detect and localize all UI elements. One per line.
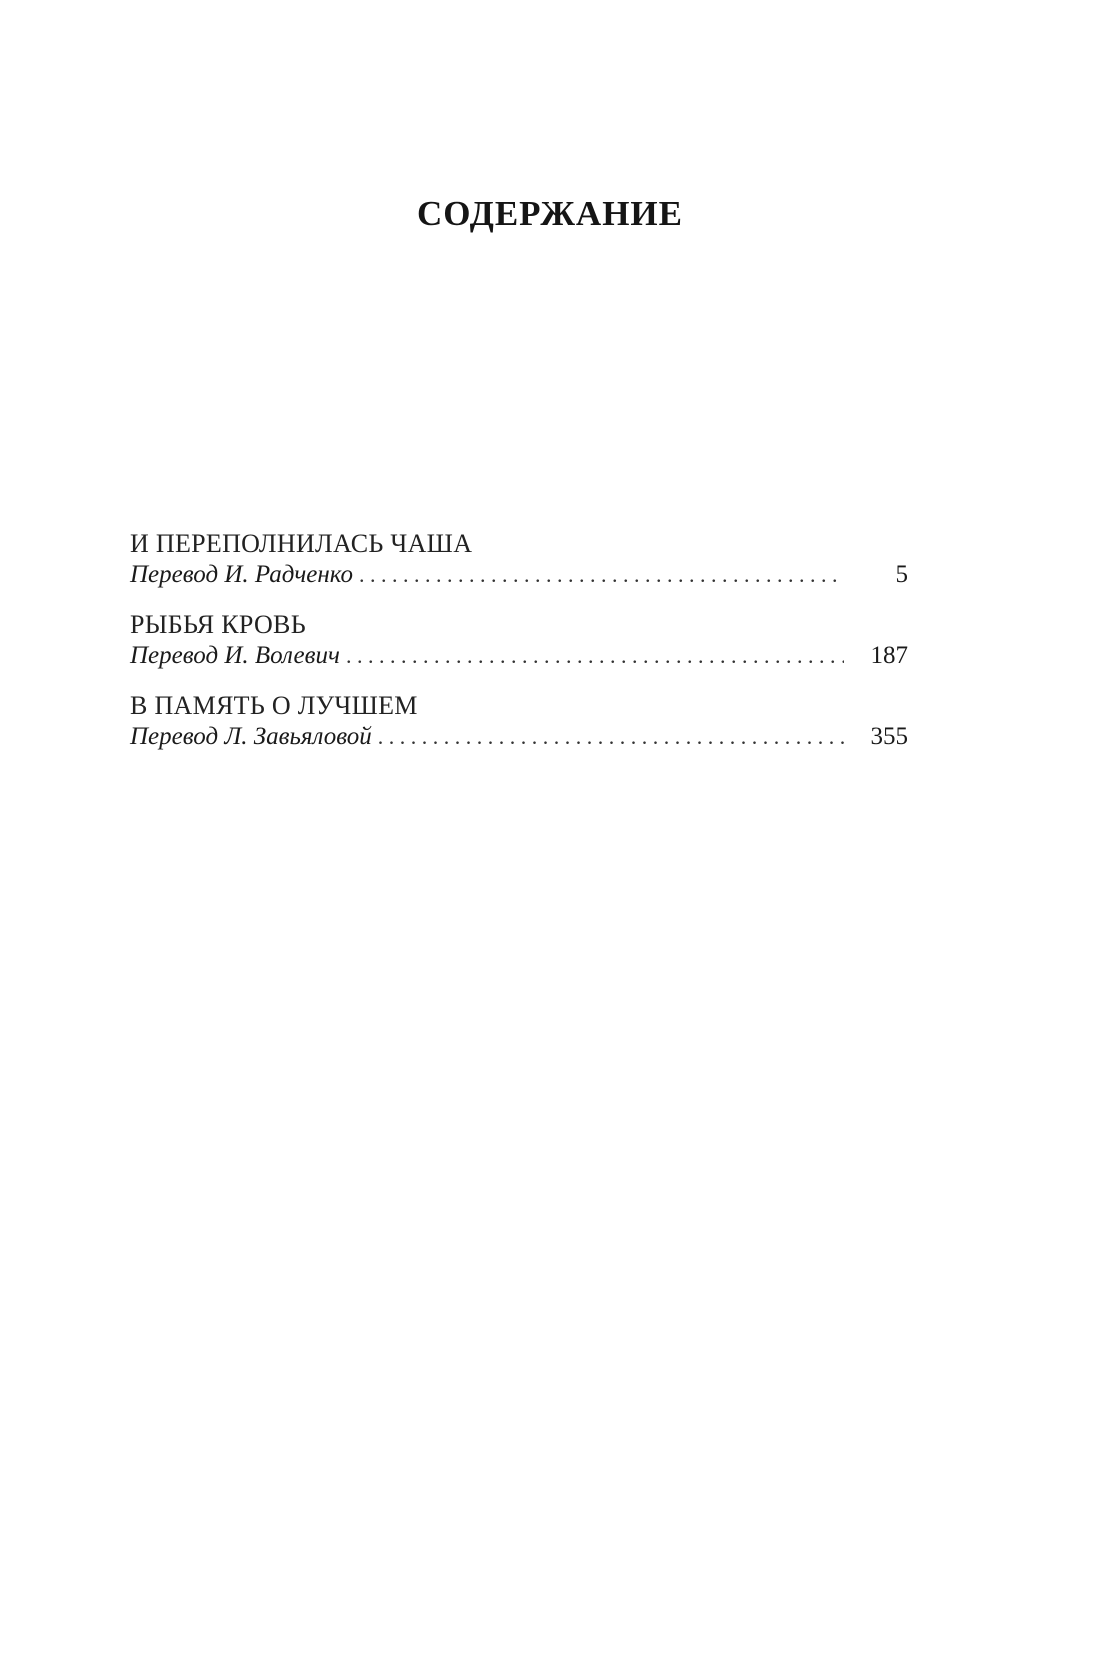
toc-entry[interactable]: В ПАМЯТЬ О ЛУЧШЕМ Перевод Л. Завьяловой … [130, 690, 908, 752]
entry-line: Перевод И. Радченко 5 [130, 559, 908, 590]
entry-page-number: 187 [862, 640, 908, 671]
entry-translator: Перевод И. Радченко [130, 559, 359, 590]
toc-entry[interactable]: И ПЕРЕПОЛНИЛАСЬ ЧАША Перевод И. Радченко… [130, 528, 908, 590]
page-title: СОДЕРЖАНИЕ [0, 196, 1100, 231]
entry-title: В ПАМЯТЬ О ЛУЧШЕМ [130, 690, 908, 721]
entry-title: РЫБЬЯ КРОВЬ [130, 609, 908, 640]
entry-title: И ПЕРЕПОЛНИЛАСЬ ЧАША [130, 528, 908, 559]
entry-page-number: 355 [862, 721, 908, 752]
entry-translator: Перевод Л. Завьяловой [130, 721, 378, 752]
entry-line: Перевод Л. Завьяловой 355 [130, 721, 908, 752]
toc-entry[interactable]: РЫБЬЯ КРОВЬ Перевод И. Волевич 187 [130, 609, 908, 671]
entry-line: Перевод И. Волевич 187 [130, 640, 908, 671]
entry-translator: Перевод И. Волевич [130, 640, 346, 671]
dot-leader [346, 640, 844, 671]
dot-leader [359, 559, 844, 590]
dot-leader [378, 721, 844, 752]
entry-page-number: 5 [862, 559, 908, 590]
table-of-contents: И ПЕРЕПОЛНИЛАСЬ ЧАША Перевод И. Радченко… [130, 528, 908, 771]
